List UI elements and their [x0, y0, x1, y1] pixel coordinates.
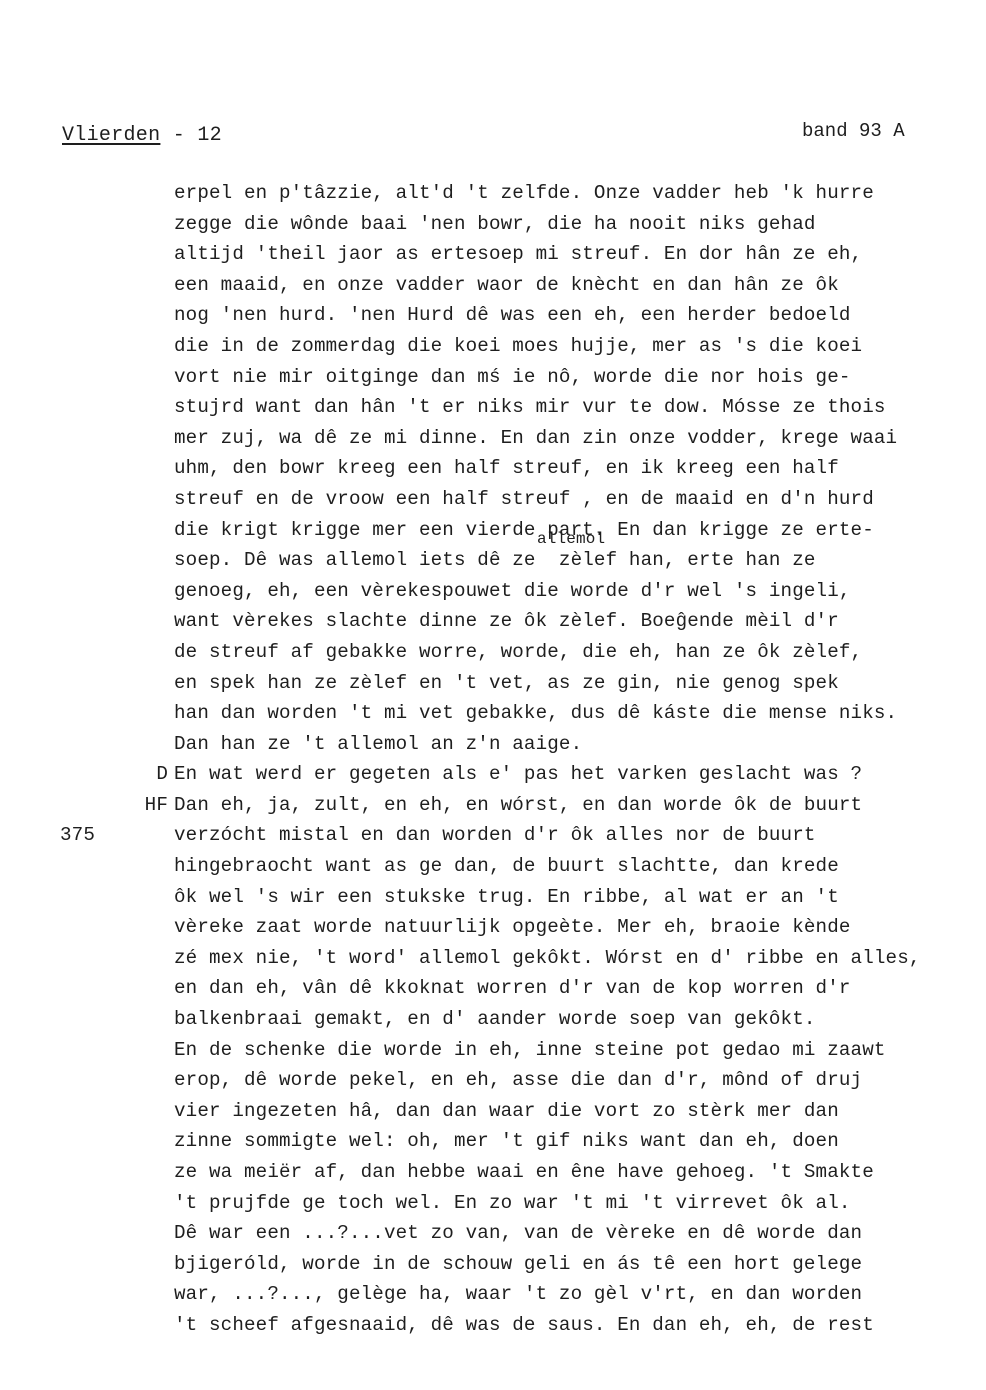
line-text: nog 'nen hurd. 'nen Hurd dê was een eh, … — [174, 304, 851, 326]
line-text: de streuf af gebakke worre, worde, die e… — [174, 641, 862, 663]
line-text: Dan han ze 't allemol an z'n aaige. — [174, 733, 582, 755]
transcript-line: mer zuj, wa dê ze mi dinne. En dan zin o… — [174, 423, 921, 454]
line-text: want vèrekes slachte dinne ze ôk zèlef. … — [174, 610, 839, 632]
line-text: streuf en de vroow een half streuf , en … — [174, 488, 874, 510]
transcript-line: Dan han ze 't allemol an z'n aaige. — [174, 729, 921, 760]
line-text: En wat werd er gegeten als e' pas het va… — [174, 763, 862, 785]
line-text: zegge die wônde baai 'nen bowr, die ha n… — [174, 213, 816, 235]
line-text: die in de zommerdag die koei moes hujje,… — [174, 335, 862, 357]
transcript-line: de streuf af gebakke worre, worde, die e… — [174, 637, 921, 668]
line-text: En de schenke die worde in eh, inne stei… — [174, 1039, 886, 1061]
line-text: balkenbraai gemakt, en d' aander worde s… — [174, 1008, 816, 1030]
line-text: die krigt krigge mer een vierde part. En… — [174, 519, 874, 541]
line-text: war, ...?..., gelège ha, waar 't zo gèl … — [174, 1283, 862, 1305]
transcript-body: erpel en p'tâzzie, alt'd 't zelfde. Onze… — [174, 178, 921, 1341]
transcript-line: soep. Dê was allemol iets dê ze zèlef ha… — [174, 545, 921, 576]
transcript-line: 375verzócht mistal en dan worden d'r ôk … — [174, 820, 921, 851]
line-text: Dê war een ...?...vet zo van, van de vèr… — [174, 1222, 862, 1244]
speaker-label: D — [156, 759, 168, 790]
line-text: vèreke zaat worde natuurlijk opgeète. Me… — [174, 916, 851, 938]
line-text: Dan eh, ja, zult, en eh, en wórst, en da… — [174, 794, 862, 816]
handwritten-insertion: allemol — [537, 531, 605, 547]
header-separator: - — [160, 124, 197, 147]
transcript-line: Dê war een ...?...vet zo van, van de vèr… — [174, 1218, 921, 1249]
transcript-line: 't prujfde ge toch wel. En zo war 't mi … — [174, 1188, 921, 1219]
transcript-line: erpel en p'tâzzie, alt'd 't zelfde. Onze… — [174, 178, 921, 209]
line-text: en spek han ze zèlef en 't vet, as ze gi… — [174, 672, 839, 694]
line-text: erop, dê worde pekel, en eh, asse die da… — [174, 1069, 862, 1091]
transcript-line: stujrd want dan hân 't er niks mir vur t… — [174, 392, 921, 423]
line-text: stujrd want dan hân 't er niks mir vur t… — [174, 396, 886, 418]
transcript-line: hingebraocht want as ge dan, de buurt sl… — [174, 851, 921, 882]
line-text: een maaid, en onze vadder waor de knècht… — [174, 274, 839, 296]
transcript-line: HFDan eh, ja, zult, en eh, en wórst, en … — [174, 790, 921, 821]
line-text: ze wa meiër af, dan hebbe waai en êne ha… — [174, 1161, 874, 1183]
line-text: genoeg, eh, een vèrekespouwet die worde … — [174, 580, 851, 602]
line-text: 't scheef afgesnaaid, dê was de saus. En… — [174, 1314, 874, 1336]
transcript-line: die in de zommerdag die koei moes hujje,… — [174, 331, 921, 362]
transcript-line: uhm, den bowr kreeg een half streuf, en … — [174, 453, 921, 484]
line-number: 375 — [60, 820, 95, 851]
transcript-line: vier ingezeten hâ, dan dan waar die vort… — [174, 1096, 921, 1127]
line-text: zé mex nie, 't word' allemol gekôkt. Wór… — [174, 947, 921, 969]
line-text: vier ingezeten hâ, dan dan waar die vort… — [174, 1100, 839, 1122]
transcript-line: bjigeróld, worde in de schouw geli en ás… — [174, 1249, 921, 1280]
transcript-line: zinne sommigte wel: oh, mer 't gif niks … — [174, 1126, 921, 1157]
transcript-line: genoeg, eh, een vèrekespouwet die worde … — [174, 576, 921, 607]
line-text: verzócht mistal en dan worden d'r ôk all… — [174, 824, 816, 846]
transcript-line: vèreke zaat worde natuurlijk opgeète. Me… — [174, 912, 921, 943]
transcript-line: een maaid, en onze vadder waor de knècht… — [174, 270, 921, 301]
transcript-line: altijd 'theil jaor as ertesoep mi streuf… — [174, 239, 921, 270]
line-text: han dan worden 't mi vet gebakke, dus dê… — [174, 702, 897, 724]
line-text: hingebraocht want as ge dan, de buurt sl… — [174, 855, 839, 877]
transcript-line: balkenbraai gemakt, en d' aander worde s… — [174, 1004, 921, 1035]
place-name: Vlierden — [62, 124, 160, 147]
transcript-line: zegge die wônde baai 'nen bowr, die ha n… — [174, 209, 921, 240]
page-header-left: Vlierden - 12 — [62, 124, 222, 147]
line-text: ôk wel 's wir een stukske trug. En ribbe… — [174, 886, 839, 908]
line-text: en dan eh, vân dê kkoknat worren d'r van… — [174, 977, 851, 999]
transcript-line: ôk wel 's wir een stukske trug. En ribbe… — [174, 882, 921, 913]
transcript-line: En de schenke die worde in eh, inne stei… — [174, 1035, 921, 1066]
line-text: vort nie mir oitginge dan mś ie nô, word… — [174, 366, 851, 388]
page-number: 12 — [197, 124, 222, 147]
line-text: altijd 'theil jaor as ertesoep mi streuf… — [174, 243, 862, 265]
line-text: zinne sommigte wel: oh, mer 't gif niks … — [174, 1130, 839, 1152]
transcript-line: han dan worden 't mi vet gebakke, dus dê… — [174, 698, 921, 729]
transcript-line: streuf en de vroow een half streuf , en … — [174, 484, 921, 515]
transcript-line: ze wa meiër af, dan hebbe waai en êne ha… — [174, 1157, 921, 1188]
transcript-line: en dan eh, vân dê kkoknat worren d'r van… — [174, 973, 921, 1004]
line-text: 't prujfde ge toch wel. En zo war 't mi … — [174, 1192, 851, 1214]
transcript-line: DEn wat werd er gegeten als e' pas het v… — [174, 759, 921, 790]
line-text: soep. Dê was allemol iets dê ze zèlef ha… — [174, 549, 816, 571]
transcript-line: nog 'nen hurd. 'nen Hurd dê was een eh, … — [174, 300, 921, 331]
transcript-line: want vèrekes slachte dinne ze ôk zèlef. … — [174, 606, 921, 637]
line-text: bjigeróld, worde in de schouw geli en ás… — [174, 1253, 862, 1275]
transcript-line: en spek han ze zèlef en 't vet, as ze gi… — [174, 668, 921, 699]
line-text: erpel en p'tâzzie, alt'd 't zelfde. Onze… — [174, 182, 874, 204]
tape-label: band 93 A — [802, 120, 905, 142]
transcript-line: zé mex nie, 't word' allemol gekôkt. Wór… — [174, 943, 921, 974]
line-text: mer zuj, wa dê ze mi dinne. En dan zin o… — [174, 427, 897, 449]
speaker-label: HF — [145, 790, 168, 821]
line-text: uhm, den bowr kreeg een half streuf, en … — [174, 457, 839, 479]
transcript-line: 't scheef afgesnaaid, dê was de saus. En… — [174, 1310, 921, 1341]
transcript-line: war, ...?..., gelège ha, waar 't zo gèl … — [174, 1279, 921, 1310]
transcript-line: vort nie mir oitginge dan mś ie nô, word… — [174, 362, 921, 393]
transcript-line: erop, dê worde pekel, en eh, asse die da… — [174, 1065, 921, 1096]
